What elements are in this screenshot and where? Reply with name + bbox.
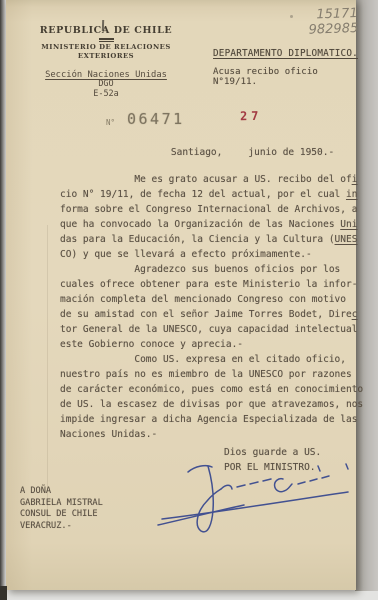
body-line: Como US. expresa en el citado oficio,: [60, 352, 360, 367]
body-line: de carácter económico, pues como está en…: [60, 382, 360, 397]
body-line: cio N° 19/11, de fecha 12 del actual, po…: [60, 187, 360, 202]
scanner-edge-left: [0, 0, 6, 591]
paper-crease: [47, 225, 48, 525]
country-name: REPUBLICA DE CHILE: [38, 25, 174, 36]
body-line: das para la Educación, la Ciencia y la C…: [60, 232, 360, 247]
body-line: Agradezco sus buenos oficios por los: [60, 262, 360, 277]
department-heading: DEPARTAMENTO DIPLOMATICO.: [213, 48, 358, 59]
letter-body: Me es grato acusar a US. recibo del ofic…: [60, 172, 360, 442]
body-line: CO) y que se llevará a efecto próximamen…: [60, 247, 360, 262]
body-line: Me es grato acusar a US. recibo del ofi: [60, 172, 360, 187]
body-line: de US. la escasez de divisas por que atr…: [60, 397, 360, 412]
day-number-stamp: 27: [240, 109, 263, 123]
dateline: Santiago,junio de 1950.-: [148, 136, 334, 169]
letterhead-rule: [99, 38, 114, 42]
addressee-line: VERACRUZ.-: [20, 521, 103, 533]
addressee-line: CONSUL DE CHILE: [20, 509, 103, 521]
dateline-place: Santiago,: [171, 147, 222, 158]
body-line: tor General de la UNESCO, cuya capacidad…: [60, 322, 360, 337]
folio-label: N°: [106, 118, 115, 127]
body-line: impide ingresar a dicha Agencia Especial…: [60, 412, 360, 427]
subject-line: Acusa recibo oficio N°19/11.: [213, 67, 358, 87]
ministry-name-line2: EXTERIORES: [38, 52, 174, 61]
body-line: este Gobierno conoce y aprecia.-: [60, 337, 360, 352]
body-line: nuestro país no es miembro de la UNESCO …: [60, 367, 360, 382]
body-line: cuales ofrece obtener para este Minister…: [60, 277, 360, 292]
addressee-line: GABRIELA MISTRAL: [20, 498, 103, 510]
archive-numbers: 15171982985: [299, 6, 358, 38]
dateline-date: junio de 1950.-: [248, 147, 334, 158]
body-line: Naciones Unidas.-: [60, 427, 360, 442]
pencil-dot: [290, 15, 293, 18]
body-line: forma sobre el Congreso Internacional de…: [60, 202, 360, 217]
body-line: de su amistad con el señor Jaime Torres …: [60, 307, 360, 322]
signature-ink: [150, 452, 356, 544]
addressee-block: A DOÑAGABRIELA MISTRALCONSUL DE CHILEVER…: [20, 486, 103, 532]
letterhead: REPUBLICA DE CHILE MINISTERIO DE RELACIO…: [38, 25, 174, 99]
body-line: que ha convocado la Organización de las …: [60, 217, 360, 232]
reference-block: DEPARTAMENTO DIPLOMATICO. Acusa recibo o…: [213, 48, 358, 87]
file-code: E-52a: [38, 90, 174, 100]
ministry-name-line1: MINISTERIO DE RELACIONES: [38, 43, 174, 52]
folio-number: 06471: [127, 110, 185, 128]
archive-number: 982985: [300, 21, 358, 38]
scanned-letter-page: 15171982985 REPUBLICA DE CHILE MINISTERI…: [0, 0, 378, 600]
scanner-corner-dark: [0, 586, 7, 600]
addressee-line: A DOÑA: [20, 486, 103, 498]
body-line: mación completa del mencionado Congreso …: [60, 292, 360, 307]
